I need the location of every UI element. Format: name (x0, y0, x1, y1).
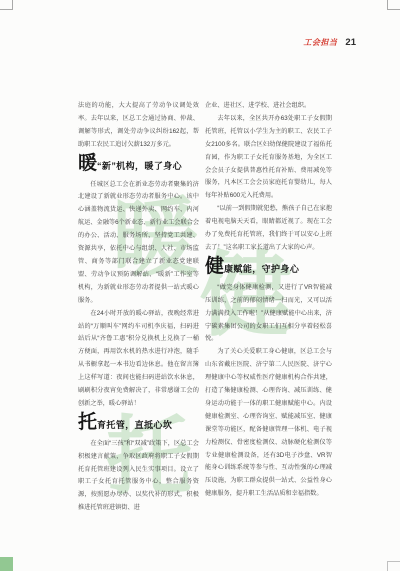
paragraph-childcare-parent-quote: “以前一到假期就犯愁，熊孩子自己在家抱着电视电脑天天看，眼睛都近视了。现在工会办… (205, 203, 332, 255)
section-heading-childcare: 托育托管，直抵心坎 (78, 417, 199, 434)
paragraph-warm-station-story: 在24小时开放的暖心驿站，夜晚经常进站的“万顺叫车”网约车司机李庆福，扫码进站后… (78, 308, 199, 411)
section-heading-health: 健康赋能，守护身心 (205, 261, 332, 278)
left-text-column: 法庭的功能，大大提高了劳动争议调处效率。去年以来，区总工会通过协商、仲裁、调解等… (78, 100, 199, 515)
paragraph-childcare-statistics: 去年以来，全区共开办63处职工子女假期托管班，托管以小学生为主的职工、农民工子女… (205, 113, 332, 203)
column-brand-label: 工会担当 (303, 37, 337, 48)
crop-mark-bottom-right (387, 561, 400, 571)
magazine-page: 工会担当 21 暖 健 托 法庭的功能，大大提高了劳动争议调处效率。去年以来，区… (0, 0, 400, 571)
paragraph-continuation-arbitration: 法庭的功能，大大提高了劳动争议调处效率。去年以来，区总工会通过协商、仲裁、调解等… (78, 100, 199, 152)
section-warm-title-rest: “新”机构，暖了身心 (97, 161, 182, 171)
section-health-lead-character: 健 (205, 256, 224, 277)
section-health-title-rest: 康赋能，守护身心 (224, 264, 299, 274)
paragraph-warm-service-center: 任城区总工会在新业态劳动者聚集的济北建设了新就业形态劳动者服务中心。该中心涵盖物… (78, 179, 199, 308)
section-childcare-lead-character: 托 (78, 412, 97, 433)
crop-mark-top-right (387, 0, 400, 10)
section-childcare-title-rest: 育托管，直抵心坎 (97, 420, 172, 430)
running-header: 工会担当 21 (303, 37, 356, 48)
section-warm-lead-character: 暖 (78, 153, 97, 174)
section-heading-warm: 暖“新”机构，暖了身心 (78, 158, 199, 175)
page-number: 21 (345, 37, 356, 48)
paragraph-health-center-details: 为了关心关爱职工身心健康，区总工会与山东省戴庄医院、济宁第二人民医院、济宁心理健… (205, 346, 332, 501)
crop-mark-top-left (0, 0, 13, 10)
paragraph-continuation-childcare: 企业、进社区、进学校、进社会组织。 (205, 100, 332, 113)
green-corner-decoration (0, 557, 13, 571)
paragraph-childcare-policy: 在全面“三孩”和“双减”政策下，区总工会积极建言献策，争取区政府将职工子女假期托… (78, 438, 199, 515)
right-text-column: 企业、进社区、进学校、进社会组织。 去年以来，全区共开办63处职工子女假期托管班… (205, 100, 332, 501)
paragraph-health-worker-quote: “做完身体健康检测，又进行了VR智能减压训练，之前的郁闷情绪一扫而光，又可以活力… (205, 282, 332, 347)
